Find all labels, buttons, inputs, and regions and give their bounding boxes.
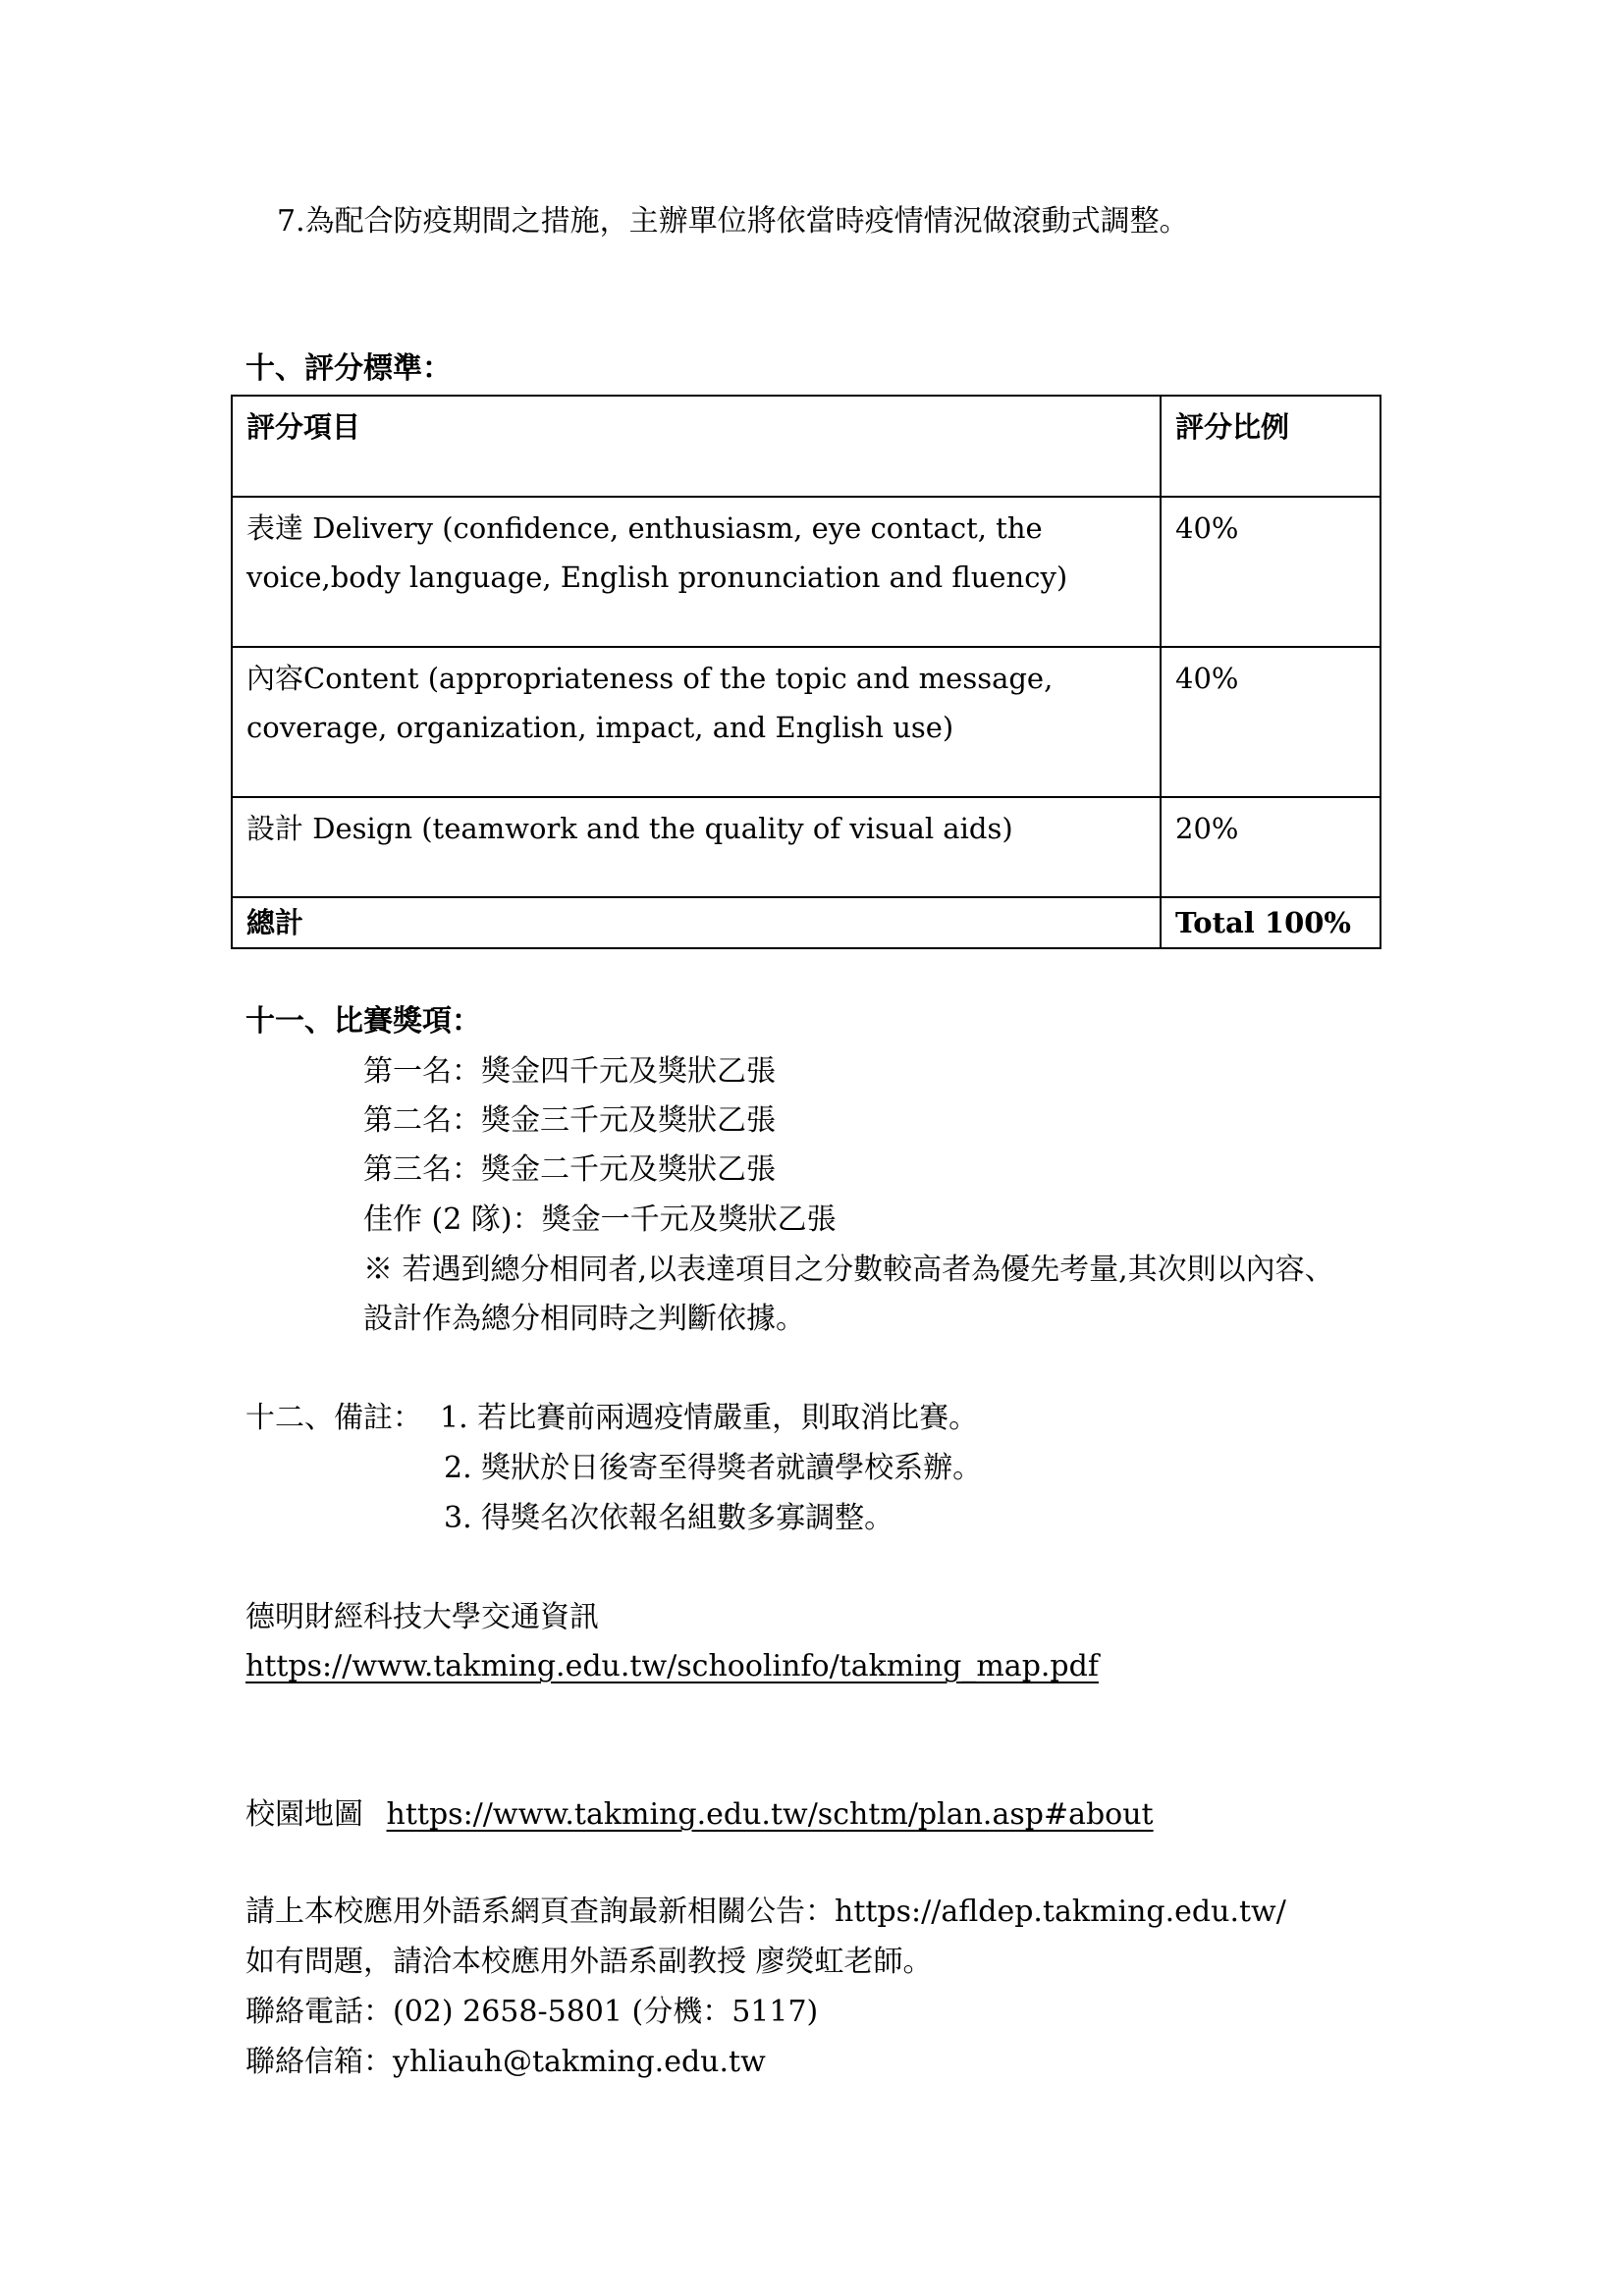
campus-map-label: 校園地圖 bbox=[245, 1797, 363, 1832]
award-item: 第三名：獎金二千元及獎狀乙張 bbox=[363, 1152, 776, 1188]
row-item-line: 表達 Delivery (confidence, enthusiasm, eye… bbox=[246, 504, 1148, 553]
announcement-text: 請上本校應用外語系網頁查詢最新相關公告：https://afldep.takmi… bbox=[245, 1895, 1286, 1930]
contact-email: 聯絡信箱：yhliauh@takming.edu.tw bbox=[245, 2045, 766, 2080]
table-row: 內容Content (appropriateness of the topic … bbox=[232, 647, 1380, 797]
row-ratio: 40% bbox=[1161, 647, 1380, 797]
table-total-row: 總計 Total 100% bbox=[232, 897, 1380, 948]
table-header-row: 評分項目 評分比例 bbox=[232, 396, 1380, 497]
row-item: 內容Content (appropriateness of the topic … bbox=[232, 647, 1161, 797]
item-7: 7.為配合防疫期間之措施，主辦單位將依當時疫情情況做滾動式調整。 bbox=[277, 204, 1189, 240]
scoring-table: 評分項目 評分比例 表達 Delivery (confidence, enthu… bbox=[231, 395, 1381, 949]
row-ratio: 20% bbox=[1161, 797, 1380, 897]
table-row: 設計 Design (teamwork and the quality of v… bbox=[232, 797, 1380, 897]
remark-item: 1. 若比賽前兩週疫情嚴重，則取消比賽。 bbox=[440, 1401, 978, 1436]
table-row: 表達 Delivery (confidence, enthusiasm, eye… bbox=[232, 497, 1380, 647]
contact-person: 如有問題，請洽本校應用外語系副教授 廖熒虹老師。 bbox=[245, 1945, 933, 1980]
header-ratio: 評分比例 bbox=[1161, 396, 1380, 497]
total-value: Total 100% bbox=[1161, 897, 1380, 948]
row-item: 設計 Design (teamwork and the quality of v… bbox=[232, 797, 1161, 897]
row-item: 表達 Delivery (confidence, enthusiasm, eye… bbox=[232, 497, 1161, 647]
row-item-line: 設計 Design (teamwork and the quality of v… bbox=[246, 804, 1148, 853]
award-item: 第一名：獎金四千元及獎狀乙張 bbox=[363, 1054, 776, 1090]
awards-heading: 十一、比賽獎項： bbox=[245, 1004, 481, 1040]
remark-item: 3. 得獎名次依報名組數多寡調整。 bbox=[444, 1501, 893, 1536]
row-ratio: 40% bbox=[1161, 497, 1380, 647]
campus-map-link[interactable]: https://www.takming.edu.tw/schtm/plan.as… bbox=[387, 1797, 1154, 1832]
row-item-line: voice,body language, English pronunciati… bbox=[246, 553, 1148, 602]
total-label: 總計 bbox=[232, 897, 1161, 948]
award-note: ※ 若遇到總分相同者,以表達項目之分數較高者為優先考量,其次則以內容、 bbox=[363, 1253, 1334, 1288]
remarks-heading: 十二、備註： bbox=[245, 1401, 422, 1436]
contact-phone: 聯絡電話：(02) 2658-5801 (分機：5117) bbox=[245, 1995, 818, 2030]
row-item-line: coverage, organization, impact, and Engl… bbox=[246, 703, 1148, 752]
transport-map-link[interactable]: https://www.takming.edu.tw/schoolinfo/ta… bbox=[245, 1649, 1099, 1683]
transport-label: 德明財經科技大學交通資訊 bbox=[245, 1600, 599, 1635]
header-item: 評分項目 bbox=[232, 396, 1161, 497]
award-note: 設計作為總分相同時之判斷依據。 bbox=[363, 1302, 805, 1337]
remark-item: 2. 獎狀於日後寄至得獎者就讀學校系辦。 bbox=[444, 1451, 982, 1486]
award-item: 第二名：獎金三千元及獎狀乙張 bbox=[363, 1103, 776, 1139]
award-item: 佳作 (2 隊)：獎金一千元及獎狀乙張 bbox=[363, 1202, 837, 1238]
scoring-heading: 十、評分標準： bbox=[245, 351, 452, 387]
row-item-line: 內容Content (appropriateness of the topic … bbox=[246, 654, 1148, 703]
